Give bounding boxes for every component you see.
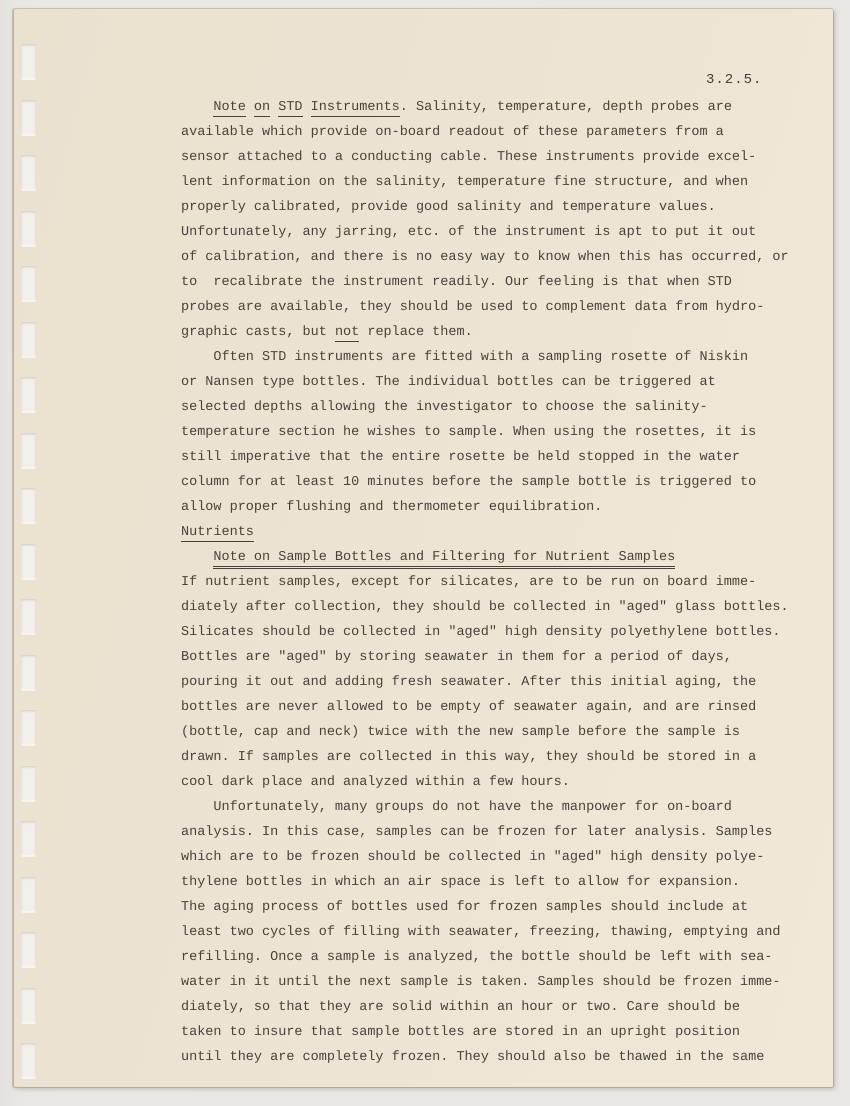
binding-hole	[21, 1043, 36, 1078]
text-line: refilling. Once a sample is analyzed, th…	[181, 945, 811, 970]
binding-hole	[21, 766, 36, 801]
text-line: properly calibrated, provide good salini…	[181, 195, 811, 220]
text-line: to recalibrate the instrument readily. O…	[181, 270, 811, 295]
text-line: cool dark place and analyzed within a fe…	[181, 770, 811, 795]
text-line: still imperative that the entire rosette…	[181, 445, 811, 470]
binding-hole	[21, 599, 36, 634]
text-line: allow proper flushing and thermometer eq…	[181, 495, 811, 520]
binding-hole	[21, 44, 36, 79]
binding-hole	[21, 710, 36, 745]
binding-hole	[21, 988, 36, 1023]
text-line: Unfortunately, any jarring, etc. of the …	[181, 220, 811, 245]
text-line: least two cycles of filling with seawate…	[181, 920, 811, 945]
text-line: of calibration, and there is no easy way…	[181, 245, 811, 270]
text-line: diately after collection, they should be…	[181, 595, 811, 620]
text-line: column for at least 10 minutes before th…	[181, 470, 811, 495]
text-line: (bottle, cap and neck) twice with the ne…	[181, 720, 811, 745]
text-line: bottles are never allowed to be empty of…	[181, 695, 811, 720]
binding-holes-column	[13, 9, 53, 1087]
text-line: Unfortunately, many groups do not have t…	[181, 795, 811, 820]
text-line: temperature section he wishes to sample.…	[181, 420, 811, 445]
text-line: which are to be frozen should be collect…	[181, 845, 811, 870]
binding-hole	[21, 821, 36, 856]
text-line: sensor attached to a conducting cable. T…	[181, 145, 811, 170]
binding-hole	[21, 266, 36, 301]
binding-hole	[21, 877, 36, 912]
binding-hole	[21, 155, 36, 190]
text-line: If nutrient samples, except for silicate…	[181, 570, 811, 595]
text-line: drawn. If samples are collected in this …	[181, 745, 811, 770]
binding-hole	[21, 433, 36, 468]
text-line: lent information on the salinity, temper…	[181, 170, 811, 195]
text-line: or Nansen type bottles. The individual b…	[181, 370, 811, 395]
text-line: probes are available, they should be use…	[181, 295, 811, 320]
text-line: Silicates should be collected in "aged" …	[181, 620, 811, 645]
text-line: thylene bottles in which an air space is…	[181, 870, 811, 895]
text-line: water in it until the next sample is tak…	[181, 970, 811, 995]
text-line: Nutrients	[181, 520, 811, 545]
text-line: taken to insure that sample bottles are …	[181, 1020, 811, 1045]
text-line: The aging process of bottles used for fr…	[181, 895, 811, 920]
typewritten-text-body: Note on STD Instruments. Salinity, tempe…	[181, 95, 811, 1070]
binding-hole	[21, 322, 36, 357]
text-line: until they are completely frozen. They s…	[181, 1045, 811, 1070]
document-page: 3.2.5. Note on STD Instruments. Salinity…	[13, 9, 833, 1087]
text-line: Note on Sample Bottles and Filtering for…	[181, 545, 811, 570]
text-line: available which provide on-board readout…	[181, 120, 811, 145]
binding-hole	[21, 211, 36, 246]
text-line: Note on STD Instruments. Salinity, tempe…	[181, 95, 811, 120]
text-line: Bottles are "aged" by storing seawater i…	[181, 645, 811, 670]
text-line: pouring it out and adding fresh seawater…	[181, 670, 811, 695]
binding-hole	[21, 488, 36, 523]
text-line: selected depths allowing the investigato…	[181, 395, 811, 420]
binding-hole	[21, 544, 36, 579]
text-line: diately, so that they are solid within a…	[181, 995, 811, 1020]
text-line: Often STD instruments are fitted with a …	[181, 345, 811, 370]
binding-hole	[21, 100, 36, 135]
text-line: graphic casts, but not replace them.	[181, 320, 811, 345]
text-line: analysis. In this case, samples can be f…	[181, 820, 811, 845]
binding-hole	[21, 377, 36, 412]
page-number: 3.2.5.	[706, 72, 762, 88]
binding-hole	[21, 655, 36, 690]
binding-hole	[21, 932, 36, 967]
